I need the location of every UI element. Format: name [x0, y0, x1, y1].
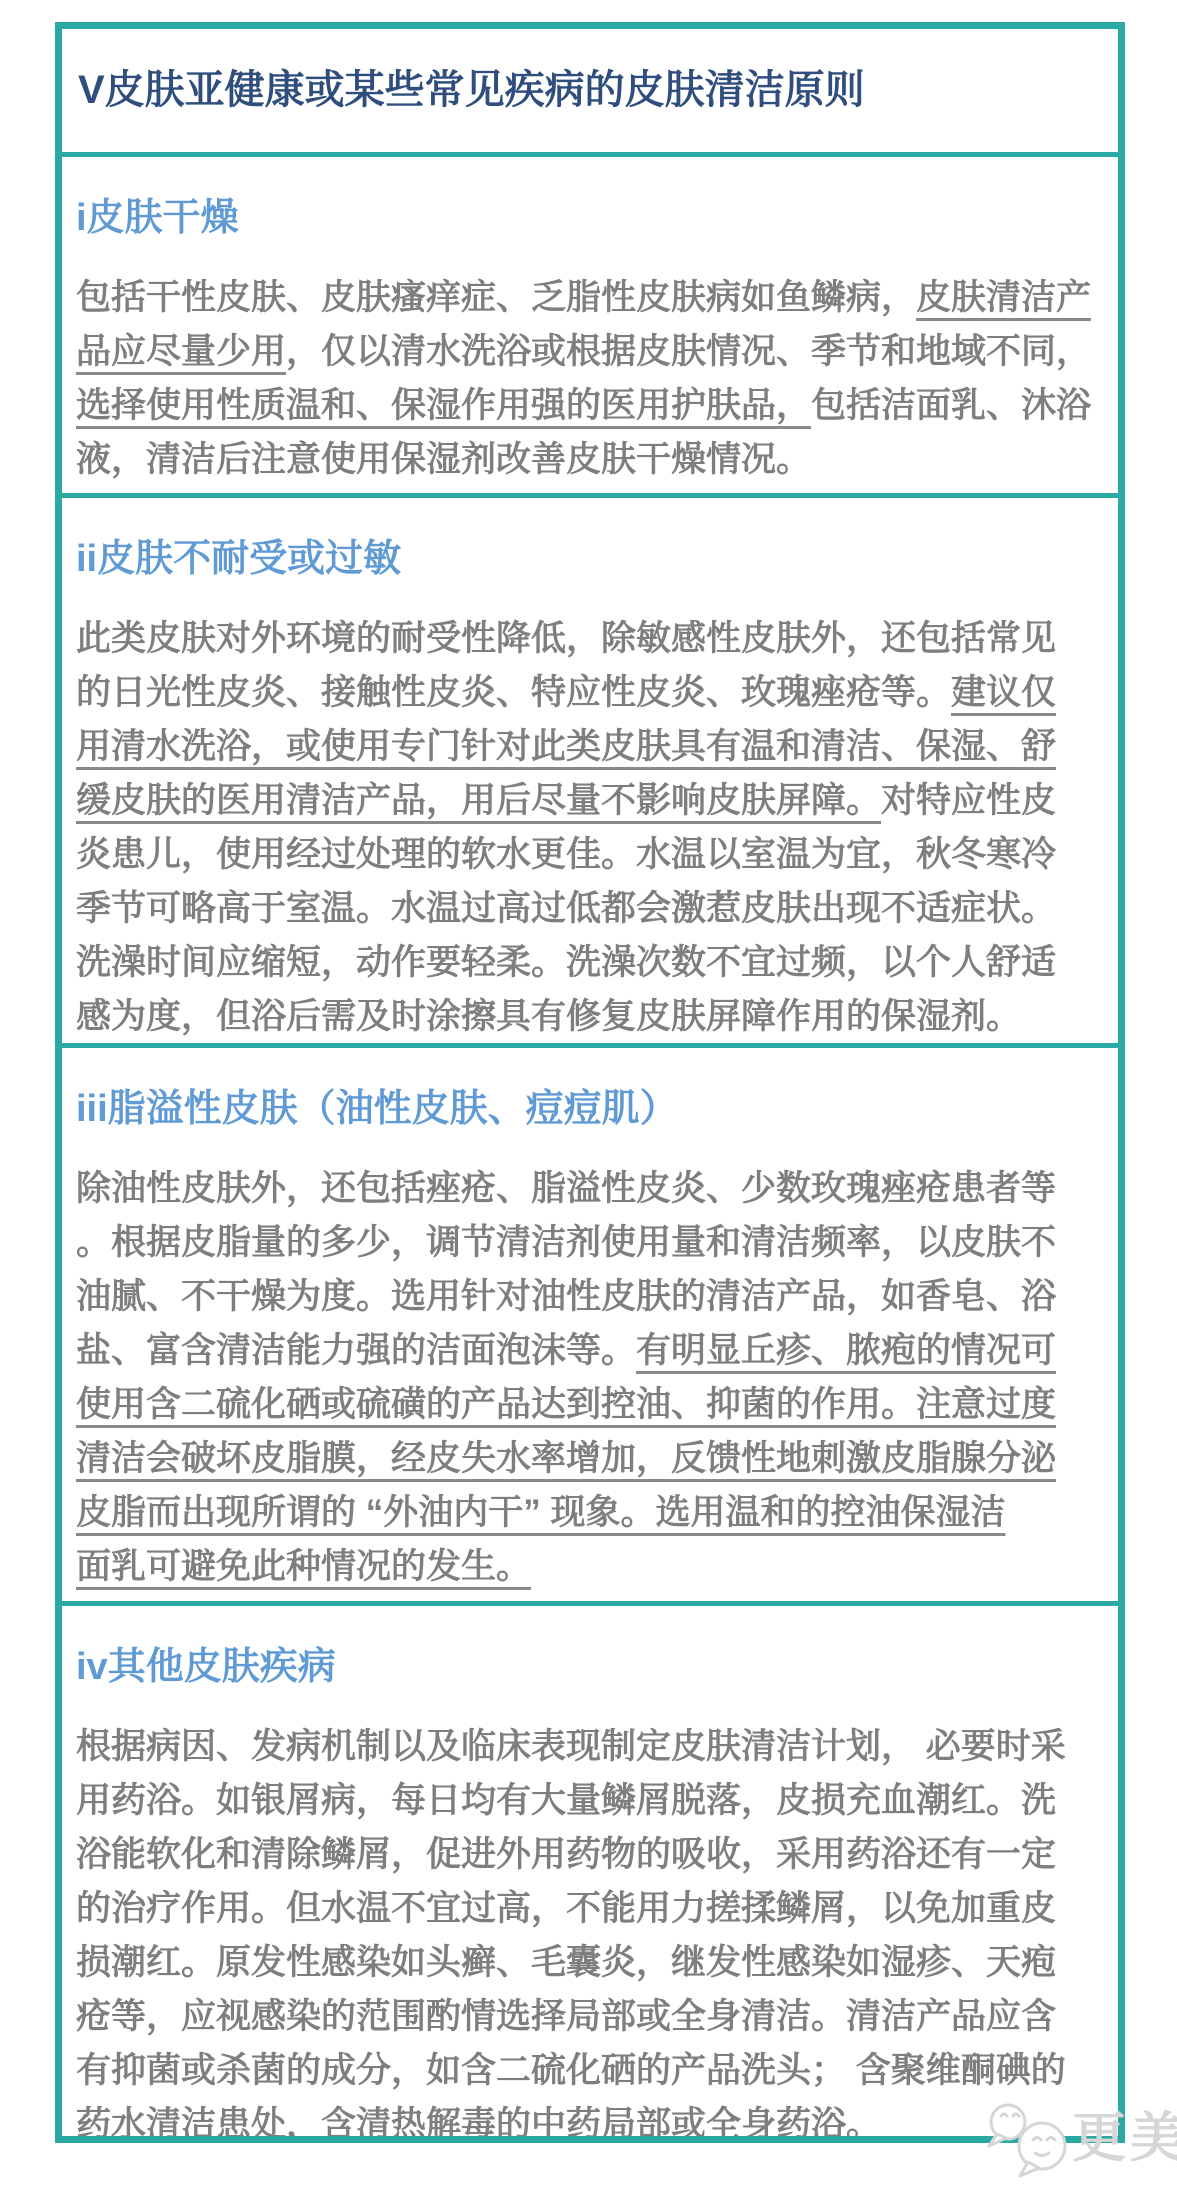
section-seborrheic-skin: iii脂溢性皮肤（油性皮肤、痘痘肌）除油性皮肤外，还包括痤疮、脂溢性皮炎、少数玫… [62, 1043, 1118, 1601]
body-line: 盐、富含清洁能力强的洁面泡沫等。有明显丘疹、脓疱的情况可 [76, 1324, 1106, 1378]
content-frame: V皮肤亚健康或某些常见疾病的皮肤清洁原则 i皮肤干燥包括干性皮肤、皮肤瘙痒症、乏… [55, 22, 1125, 2143]
section-heading: iv其他皮肤疾病 [76, 1646, 1106, 1688]
body-line: 面乳可避免此种情况的发生。 [76, 1540, 1106, 1594]
text: 药水清洁患处，含清热解毒的中药局部或全身药浴。 [76, 2105, 881, 2136]
body-line: 油腻、不干燥为度。选用针对油性皮肤的清洁产品，如香皂、浴 [76, 1270, 1106, 1324]
text: 浴能软化和清除鳞屑，促进外用药物的吸收，采用药浴还有一定 [76, 1835, 1056, 1874]
text: 对特应性皮 [881, 781, 1056, 820]
underlined-text: 缓皮肤的医用清洁产品，用后尽量不影响皮肤屏障。 [76, 781, 881, 820]
underlined-text: 皮肤清洁产 [916, 278, 1091, 317]
body-line: 损潮红。原发性感染如头癣、毛囊炎，继发性感染如湿疹、天疱 [76, 1936, 1106, 1990]
text: 损潮红。原发性感染如头癣、毛囊炎，继发性感染如湿疹、天疱 [76, 1943, 1056, 1982]
body-line: 疮等，应视感染的范围酌情选择局部或全身清洁。清洁产品应含 [76, 1990, 1106, 2044]
section-other-skin-diseases: iv其他皮肤疾病根据病因、发病机制以及临床表现制定皮肤清洁计划， 必要时采用药浴… [62, 1601, 1118, 2136]
body-line: 根据病因、发病机制以及临床表现制定皮肤清洁计划， 必要时采 [76, 1720, 1106, 1774]
body-line: 的日光性皮炎、接触性皮炎、特应性皮炎、玫瑰痤疮等。建议仅 [76, 666, 1106, 720]
watermark-text: 更美 [1072, 2108, 1177, 2168]
body-line: 用药浴。如银屑病，每日均有大量鳞屑脱落，皮损充血潮红。洗 [76, 1774, 1106, 1828]
ghost-chat-icon [984, 2090, 1070, 2186]
section-dry-skin: i皮肤干燥包括干性皮肤、皮肤瘙痒症、乏脂性皮肤病如鱼鳞病，皮肤清洁产品应尽量少用… [62, 152, 1118, 493]
body-line: 除油性皮肤外，还包括痤疮、脂溢性皮炎、少数玫瑰痤疮患者等 [76, 1162, 1106, 1216]
text: 季节可略高于室温。水温过高过低都会激惹皮肤出现不适症状。 [76, 889, 1056, 928]
body-line: 选择使用性质温和、保湿作用强的医用护肤品，包括洁面乳、沐浴 [76, 379, 1106, 433]
text: 包括洁面乳、沐浴 [811, 386, 1091, 425]
text: 油腻、不干燥为度。选用针对油性皮肤的清洁产品，如香皂、浴 [76, 1277, 1056, 1316]
text: 用药浴。如银屑病，每日均有大量鳞屑脱落，皮损充血潮红。洗 [76, 1781, 1056, 1820]
body-line: 使用含二硫化硒或硫磺的产品达到控油、抑菌的作用。注意过度 [76, 1378, 1106, 1432]
section-heading: iii脂溢性皮肤（油性皮肤、痘痘肌） [76, 1088, 1106, 1130]
body-line: 季节可略高于室温。水温过高过低都会激惹皮肤出现不适症状。 [76, 882, 1106, 936]
body-line: 感为度，但浴后需及时涂擦具有修复皮肤屏障作用的保湿剂。 [76, 990, 1106, 1043]
body-line: 品应尽量少用，仅以清水洗浴或根据皮肤情况、季节和地域不同， [76, 325, 1106, 379]
text: 有抑菌或杀菌的成分，如含二硫化硒的产品洗头； 含聚维酮碘的 [76, 2051, 1066, 2090]
text: 的日光性皮炎、接触性皮炎、特应性皮炎、玫瑰痤疮等。 [76, 673, 951, 712]
section-heading: ii皮肤不耐受或过敏 [76, 538, 1106, 580]
text: 包括干性皮肤、皮肤瘙痒症、乏脂性皮肤病如鱼鳞病， [76, 278, 916, 317]
body-line: 清洁会破坏皮脂膜，经皮失水率增加，反馈性地刺激皮脂腺分泌 [76, 1432, 1106, 1486]
body-line: 用清水洗浴，或使用专门针对此类皮肤具有温和清洁、保湿、舒 [76, 720, 1106, 774]
body-line: 此类皮肤对外环境的耐受性降低，除敏感性皮肤外，还包括常见 [76, 612, 1106, 666]
body-line: 。根据皮脂量的多少，调节清洁剂使用量和清洁频率，以皮肤不 [76, 1216, 1106, 1270]
section-heading: i皮肤干燥 [76, 197, 1106, 239]
body-line: 皮脂而出现所谓的 “外油内干” 现象。选用温和的控油保湿洁 [76, 1486, 1106, 1540]
underlined-text: 建议仅 [951, 673, 1056, 712]
body-line: 有抑菌或杀菌的成分，如含二硫化硒的产品洗头； 含聚维酮碘的 [76, 2044, 1106, 2098]
gengmei-watermark: 更美 [984, 2088, 1174, 2188]
body-line: 洗澡时间应缩短，动作要轻柔。洗澡次数不宜过频，以个人舒适 [76, 936, 1106, 990]
body-line: 药水清洁患处，含清热解毒的中药局部或全身药浴。 [76, 2098, 1106, 2136]
body-line: 浴能软化和清除鳞屑，促进外用药物的吸收，采用药浴还有一定 [76, 1828, 1106, 1882]
text: 此类皮肤对外环境的耐受性降低，除敏感性皮肤外，还包括常见 [76, 619, 1056, 658]
underlined-text: 用清水洗浴，或使用专门针对此类皮肤具有温和清洁、保湿、舒 [76, 727, 1056, 766]
text: 盐、富含清洁能力强的洁面泡沫等。 [76, 1331, 636, 1370]
body-line: 包括干性皮肤、皮肤瘙痒症、乏脂性皮肤病如鱼鳞病，皮肤清洁产 [76, 271, 1106, 325]
text: 根据病因、发病机制以及临床表现制定皮肤清洁计划， 必要时采 [76, 1727, 1066, 1766]
underlined-text: 品应尽量少用 [76, 332, 286, 371]
text: ，仅以清水洗浴或根据皮肤情况、季节和地域不同， [286, 332, 1091, 371]
text: 。根据皮脂量的多少，调节清洁剂使用量和清洁频率，以皮肤不 [76, 1223, 1056, 1262]
sections: i皮肤干燥包括干性皮肤、皮肤瘙痒症、乏脂性皮肤病如鱼鳞病，皮肤清洁产品应尽量少用… [62, 152, 1118, 2136]
underlined-text: 有明显丘疹、脓疱的情况可 [636, 1331, 1056, 1370]
underlined-text: 使用含二硫化硒或硫磺的产品达到控油、抑菌的作用。注意过度 [76, 1385, 1056, 1424]
body-line: 炎患儿，使用经过处理的软水更佳。水温以室温为宜，秋冬寒冷 [76, 828, 1106, 882]
text: 感为度，但浴后需及时涂擦具有修复皮肤屏障作用的保湿剂。 [76, 997, 1021, 1036]
underlined-text: 皮脂而出现所谓的 “外油内干” 现象。选用温和的控油保湿洁 [76, 1493, 1005, 1532]
text: 液，清洁后注意使用保湿剂改善皮肤干燥情况。 [76, 440, 811, 479]
body-line: 的治疗作用。但水温不宜过高，不能用力搓揉鳞屑，以免加重皮 [76, 1882, 1106, 1936]
body-line: 液，清洁后注意使用保湿剂改善皮肤干燥情况。 [76, 433, 1106, 487]
text: 炎患儿，使用经过处理的软水更佳。水温以室温为宜，秋冬寒冷 [76, 835, 1056, 874]
text: 除油性皮肤外，还包括痤疮、脂溢性皮炎、少数玫瑰痤疮患者等 [76, 1169, 1056, 1208]
body-line: 缓皮肤的医用清洁产品，用后尽量不影响皮肤屏障。对特应性皮 [76, 774, 1106, 828]
text: 疮等，应视感染的范围酌情选择局部或全身清洁。清洁产品应含 [76, 1997, 1056, 2036]
page-title: V皮肤亚健康或某些常见疾病的皮肤清洁原则 [62, 29, 1118, 152]
underlined-text: 选择使用性质温和、保湿作用强的医用护肤品， [76, 386, 811, 425]
section-intolerant-or-allergic-skin: ii皮肤不耐受或过敏此类皮肤对外环境的耐受性降低，除敏感性皮肤外，还包括常见的日… [62, 493, 1118, 1043]
underlined-text: 面乳可避免此种情况的发生。 [76, 1547, 531, 1586]
underlined-text: 清洁会破坏皮脂膜，经皮失水率增加，反馈性地刺激皮脂腺分泌 [76, 1439, 1056, 1478]
text: 洗澡时间应缩短，动作要轻柔。洗澡次数不宜过频，以个人舒适 [76, 943, 1056, 982]
text: 的治疗作用。但水温不宜过高，不能用力搓揉鳞屑，以免加重皮 [76, 1889, 1056, 1928]
